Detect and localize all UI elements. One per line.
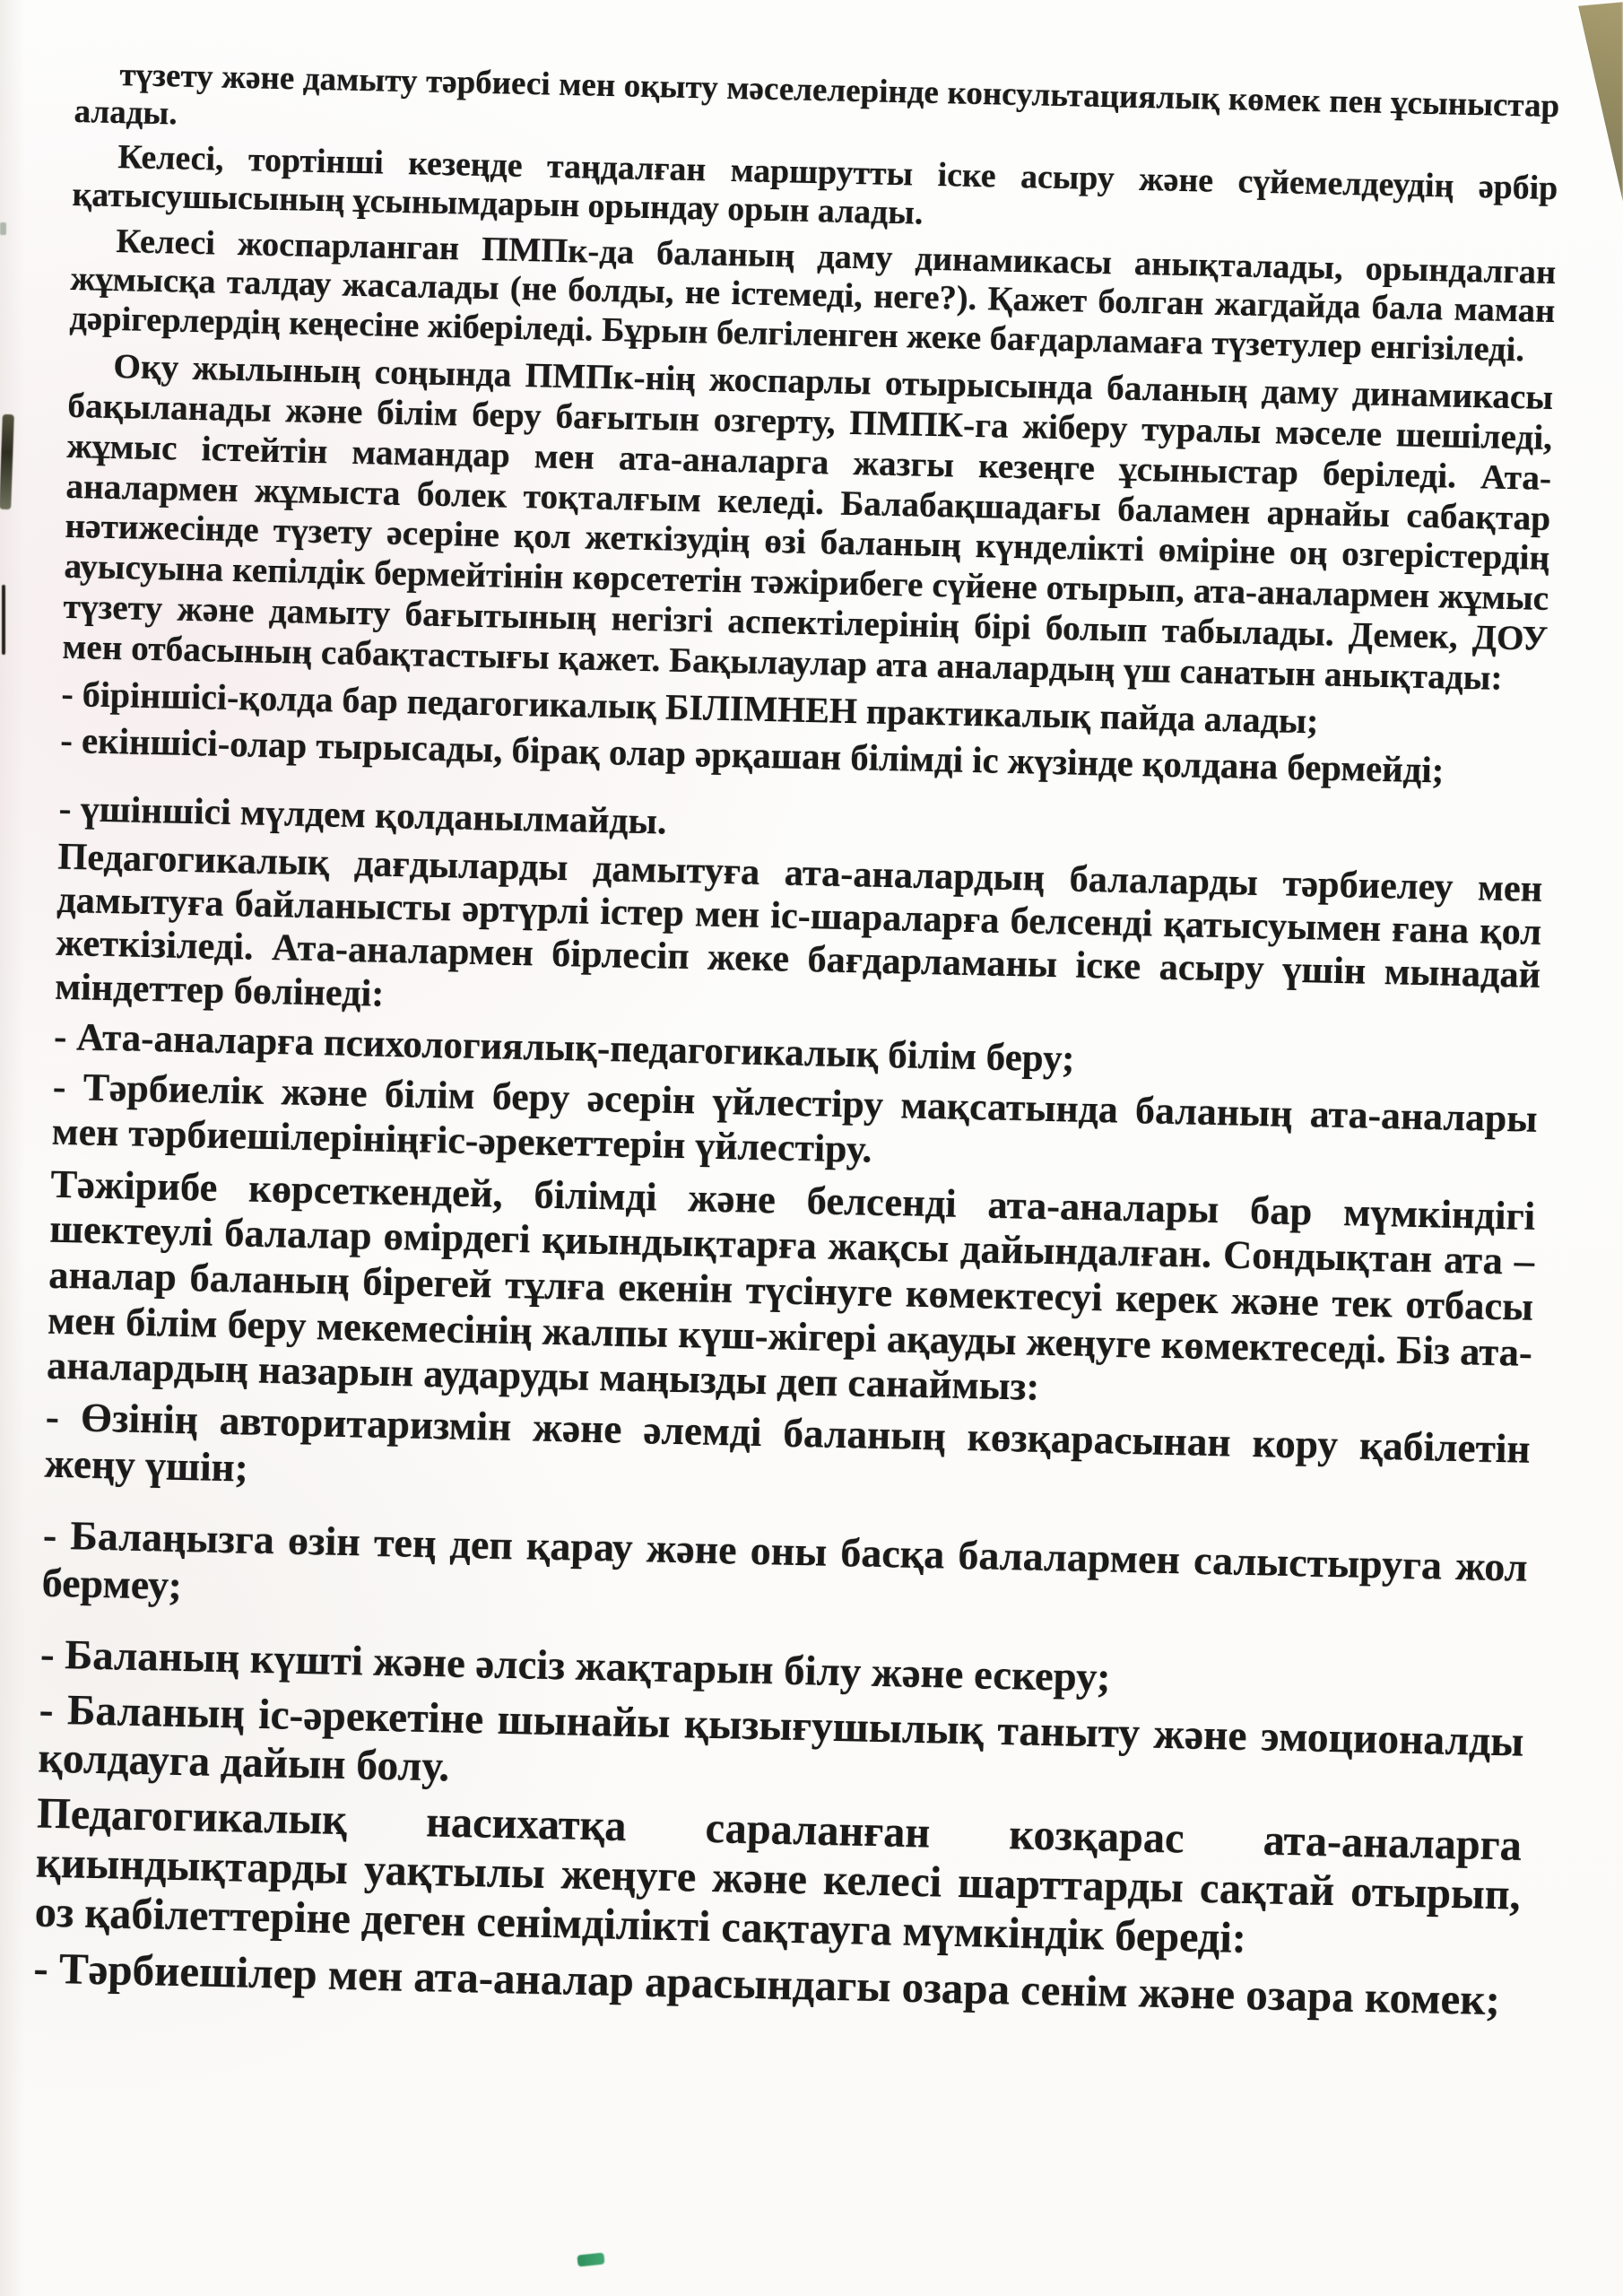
scanned-page: түзету және дамыту тәрбиесі мен оқыту мә…: [0, 0, 1623, 2296]
bullet-item: - Балаңызга өзін тең деп қарау және оны …: [41, 1512, 1528, 1639]
paragraph: Педагогикалық дағдыларды дамытуға ата-ан…: [55, 836, 1543, 1041]
paragraph: Оқу жылының соңында ПМПк-нің жоспарлы от…: [62, 345, 1553, 699]
document-text-block: түзету және дамыту тәрбиесі мен оқыту мә…: [33, 56, 1560, 2032]
paragraph: Келесі жоспарланган ПМПк-да баланың даму…: [69, 221, 1556, 371]
scan-green-mark: [577, 2252, 604, 2266]
paragraph: Тәжірибе көрсеткендей, білімді және белс…: [47, 1161, 1536, 1421]
paragraph: Педагогикалық насихатқа сараланған козқа…: [34, 1788, 1522, 1969]
scan-background-corner: [1571, 0, 1623, 202]
scan-edge-line: [2, 585, 5, 655]
scan-edge-smudge: [0, 414, 14, 509]
scan-edge-tick: [0, 222, 6, 235]
